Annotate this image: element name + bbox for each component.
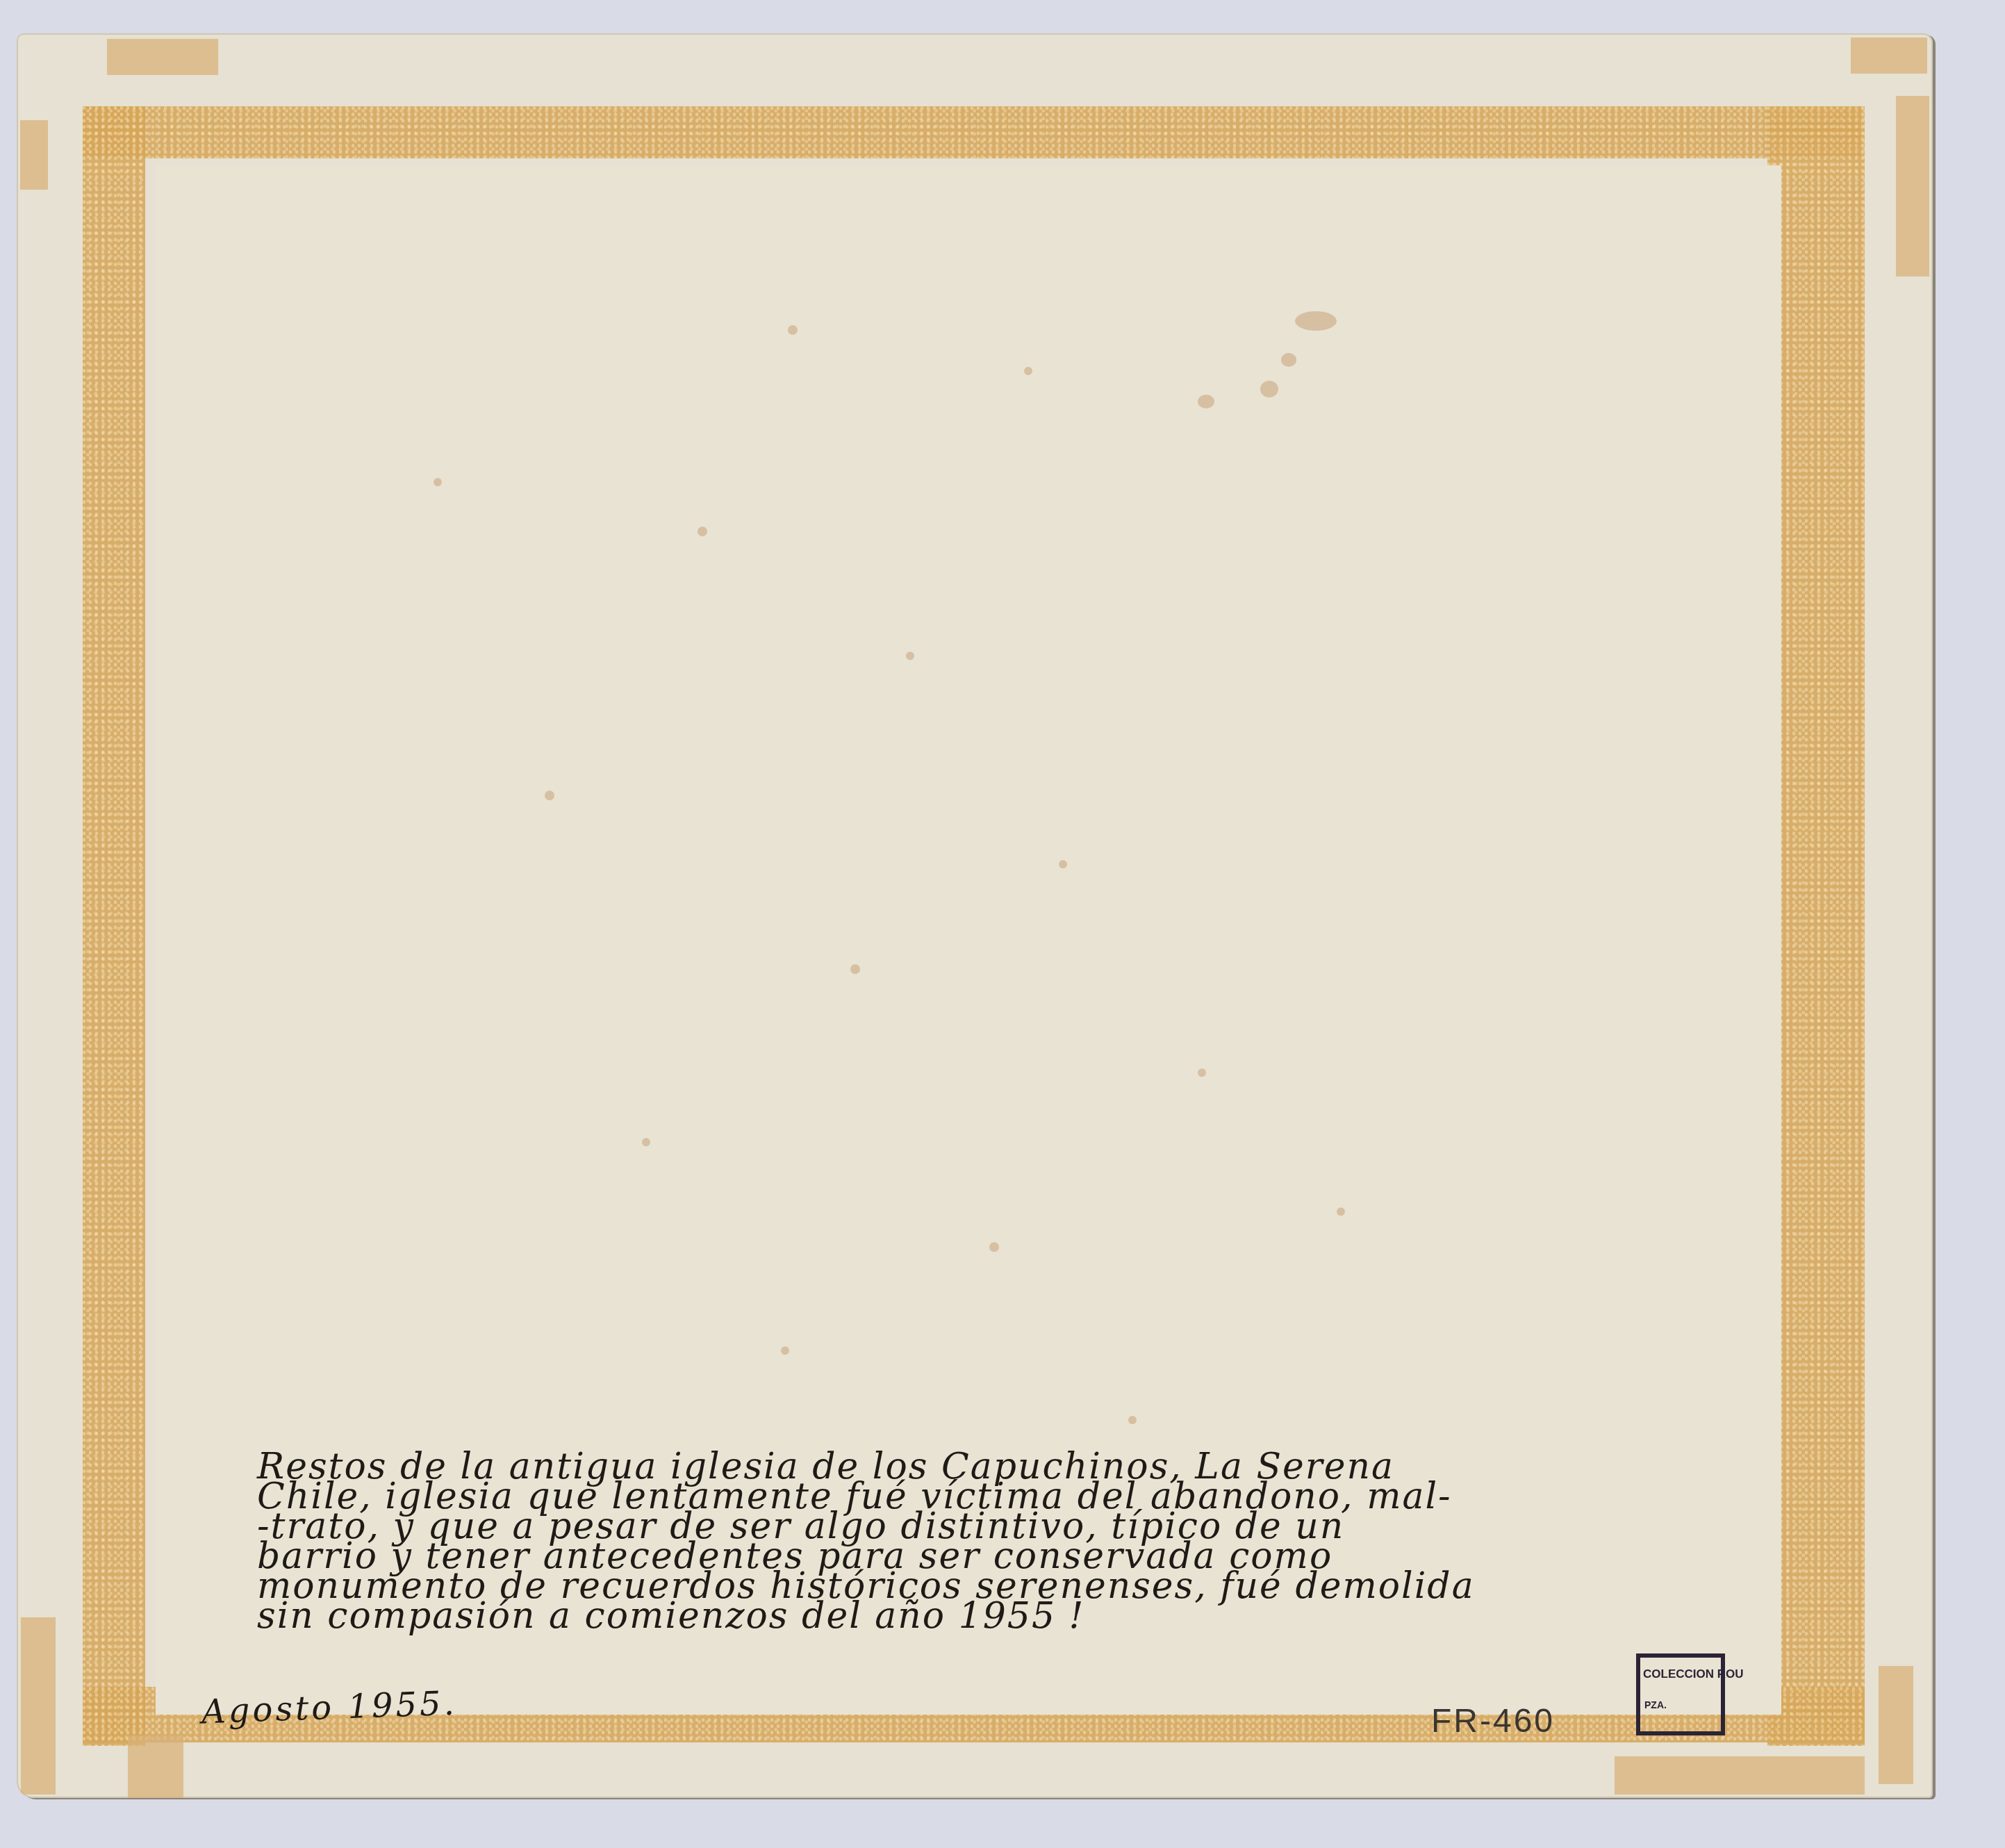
handwritten-inscription: Restos de la antigua iglesia de los Capu… xyxy=(257,1452,1619,1631)
foxing-spot xyxy=(545,791,554,800)
tape-right-top xyxy=(1896,96,1929,277)
foxing-spot xyxy=(788,325,798,335)
stamp-collection-name: COLECCION ROU xyxy=(1643,1667,1717,1681)
foxing-spot xyxy=(434,478,442,486)
foxing-spot xyxy=(1295,311,1337,331)
border-band-top xyxy=(83,106,1861,158)
tape-left-top xyxy=(20,120,48,190)
foxing-spot xyxy=(781,1346,789,1355)
foxing-spot xyxy=(1337,1207,1345,1216)
foxing-spot xyxy=(850,964,860,974)
foxing-spot xyxy=(989,1242,999,1252)
border-band-left xyxy=(83,106,145,1746)
foxing-spot xyxy=(1024,367,1032,375)
foxing-spot xyxy=(642,1138,650,1146)
tape-bottom-right xyxy=(1615,1756,1865,1795)
foxing-spot xyxy=(1059,860,1067,868)
foxing-spot xyxy=(906,652,914,660)
foxing-spot xyxy=(1260,381,1278,397)
collection-stamp: COLECCION ROU PZA. xyxy=(1636,1653,1725,1735)
tape-top-right xyxy=(1851,38,1927,74)
tape-right-bottom xyxy=(1879,1666,1913,1784)
foxing-spot xyxy=(1281,353,1296,367)
tape-top-left xyxy=(107,39,218,75)
stamp-piece-label: PZA. xyxy=(1644,1699,1717,1710)
border-band-right xyxy=(1767,106,1865,1746)
foxing-spot xyxy=(1128,1416,1137,1424)
tape-bottom-left-2 xyxy=(128,1735,183,1798)
foxing-spot xyxy=(1198,1069,1206,1077)
tape-bottom-left xyxy=(21,1617,56,1795)
catalog-number: FR-460 xyxy=(1431,1702,1555,1740)
foxing-spot xyxy=(698,527,707,536)
foxing-spot xyxy=(1198,395,1214,409)
